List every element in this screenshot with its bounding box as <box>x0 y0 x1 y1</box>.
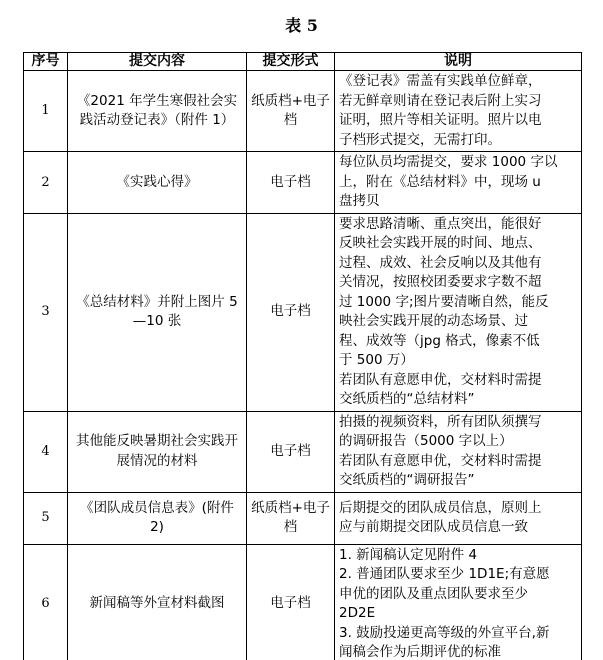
description-line: 闻稿会作为后期评优的标准 <box>339 643 578 660</box>
description-line: 2D2E <box>339 604 578 624</box>
row-content: 《总结材料》并附上图片 5—10 张 <box>68 213 247 411</box>
description-line: 过程、成效、社会反响以及其他有 <box>339 254 578 274</box>
row-description: 要求思路清晰、重点突出，能很好 反映社会实践开展的时间、地点、 过程、成效、社会… <box>335 213 582 411</box>
description-line: 过 1000 字;图片要清晰自然，能反 <box>339 293 578 313</box>
description-line: 《登记表》需盖有实践单位鲜章， <box>339 72 578 92</box>
description-line: 证明，照片等相关证明。照片以电 <box>339 111 578 131</box>
row-format: 电子档 <box>247 544 335 660</box>
table-row: 4 其他能反映暑期社会实践开展情况的材料 电子档 拍摄的视频资料，所有团队须撰写… <box>24 411 582 492</box>
description-line: 关情况，按照校团委要求字数不超 <box>339 273 578 293</box>
row-number: 3 <box>24 213 68 411</box>
description-line: 3. 鼓励投递更高等级的外宣平台,新 <box>339 624 578 644</box>
description-line: 反映社会实践开展的时间、地点、 <box>339 234 578 254</box>
row-number: 1 <box>24 71 68 152</box>
row-number: 2 <box>24 152 68 214</box>
row-content: 新闻稿等外宣材料截图 <box>68 544 247 660</box>
description-line: 应与前期提交团队成员信息一致 <box>339 518 578 538</box>
description-line: 若团队有意愿申优，交材料时需提 <box>339 452 578 472</box>
row-content: 《团队成员信息表》(附件 2) <box>68 492 247 544</box>
table-header-row: 序号 提交内容 提交形式 说明 <box>24 53 582 71</box>
table-title: 表 5 <box>0 13 603 36</box>
row-number: 5 <box>24 492 68 544</box>
row-content: 《实践心得》 <box>68 152 247 214</box>
description-line: 的调研报告（5000 字以上） <box>339 432 578 452</box>
submission-table: 序号 提交内容 提交形式 说明 1 《2021 年学生寒假社会实践活动登记表》（… <box>23 52 582 660</box>
header-content: 提交内容 <box>68 53 247 71</box>
description-line: 盘拷贝 <box>339 192 578 212</box>
description-line: 申优的团队及重点团队要求至少 <box>339 585 578 605</box>
description-line: 2. 普通团队要求至少 1D1E;有意愿 <box>339 565 578 585</box>
table-row: 6 新闻稿等外宣材料截图 电子档 1. 新闻稿认定见附件 4 2. 普通团队要求… <box>24 544 582 660</box>
row-content: 《2021 年学生寒假社会实践活动登记表》（附件 1） <box>68 71 247 152</box>
row-description: 1. 新闻稿认定见附件 4 2. 普通团队要求至少 1D1E;有意愿 申优的团队… <box>335 544 582 660</box>
table-row: 5 《团队成员信息表》(附件 2) 纸质档+电子档 后期提交的团队成员信息，原则… <box>24 492 582 544</box>
table-row: 3 《总结材料》并附上图片 5—10 张 电子档 要求思路清晰、重点突出，能很好… <box>24 213 582 411</box>
description-line: 若无鲜章则请在登记表后附上实习 <box>339 92 578 112</box>
description-line: 映社会实践开展的动态场景、过 <box>339 312 578 332</box>
header-no: 序号 <box>24 53 68 71</box>
header-format: 提交形式 <box>247 53 335 71</box>
row-number: 4 <box>24 411 68 492</box>
row-format: 电子档 <box>247 213 335 411</box>
row-number: 6 <box>24 544 68 660</box>
row-format: 纸质档+电子档 <box>247 492 335 544</box>
description-line: 要求思路清晰、重点突出，能很好 <box>339 215 578 235</box>
description-line: 每位队员均需提交，要求 1000 字以 <box>339 153 578 173</box>
description-line: 上，附在《总结材料》中，现场 u <box>339 173 578 193</box>
row-description: 后期提交的团队成员信息，原则上 应与前期提交团队成员信息一致 <box>335 492 582 544</box>
description-line: 拍摄的视频资料，所有团队须撰写 <box>339 413 578 433</box>
description-line: 子档形式提交，无需打印。 <box>339 131 578 151</box>
row-format: 纸质档+电子档 <box>247 71 335 152</box>
row-description: 拍摄的视频资料，所有团队须撰写 的调研报告（5000 字以上） 若团队有意愿申优… <box>335 411 582 492</box>
description-line: 若团队有意愿申优，交材料时需提 <box>339 371 578 391</box>
description-line: 后期提交的团队成员信息，原则上 <box>339 499 578 519</box>
description-line: 交纸质档的“总结材料” <box>339 390 578 410</box>
row-description: 每位队员均需提交，要求 1000 字以 上，附在《总结材料》中，现场 u 盘拷贝 <box>335 152 582 214</box>
table-row: 1 《2021 年学生寒假社会实践活动登记表》（附件 1） 纸质档+电子档 《登… <box>24 71 582 152</box>
row-format: 电子档 <box>247 411 335 492</box>
table-row: 2 《实践心得》 电子档 每位队员均需提交，要求 1000 字以 上，附在《总结… <box>24 152 582 214</box>
description-line: 交纸质档的“调研报告” <box>339 471 578 491</box>
description-line: 程、成效等（jpg 格式，像素不低 <box>339 332 578 352</box>
header-description: 说明 <box>335 53 582 71</box>
description-line: 于 500 万） <box>339 351 578 371</box>
row-format: 电子档 <box>247 152 335 214</box>
description-line: 1. 新闻稿认定见附件 4 <box>339 546 578 566</box>
row-description: 《登记表》需盖有实践单位鲜章， 若无鲜章则请在登记表后附上实习 证明，照片等相关… <box>335 71 582 152</box>
row-content: 其他能反映暑期社会实践开展情况的材料 <box>68 411 247 492</box>
